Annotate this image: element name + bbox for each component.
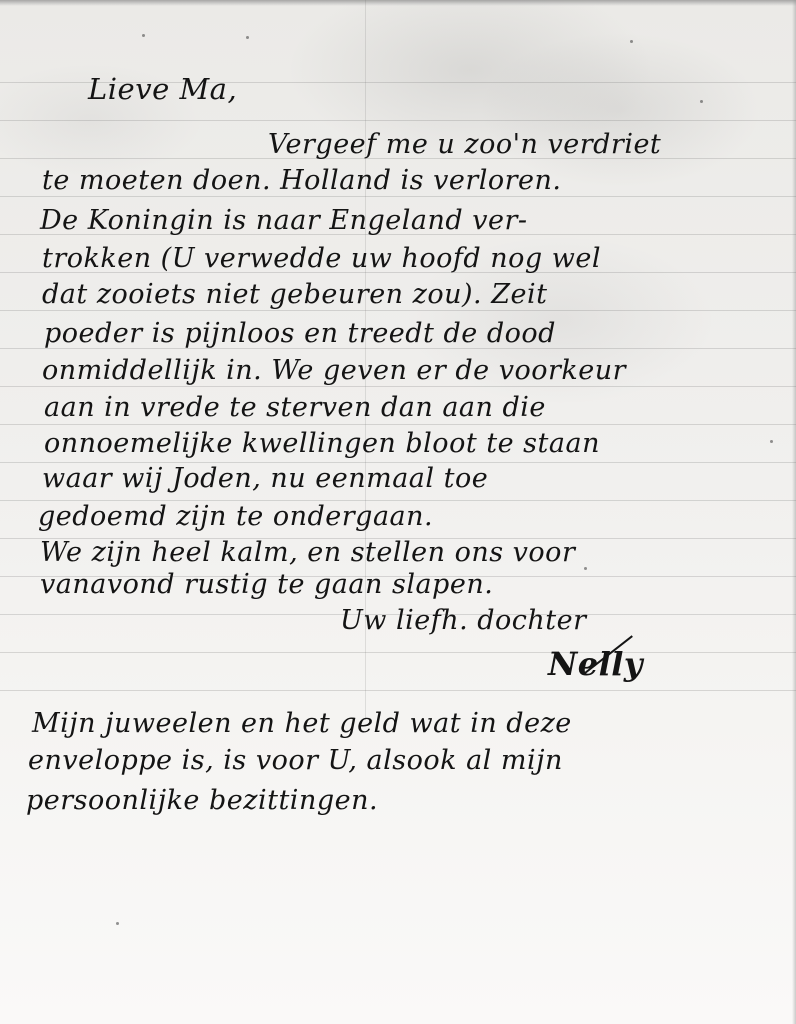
body-line: gedoemd zijn te ondergaan. xyxy=(38,501,433,532)
body-line: onnoemelijke kwellingen bloot te staan xyxy=(44,428,600,459)
body-line: trokken (U verwedde uw hoofd nog wel xyxy=(42,243,601,274)
letter-paper: Lieve Ma, Vergeef me u zoo'n verdriet te… xyxy=(0,0,796,1024)
closing: Uw liefh. dochter xyxy=(340,605,587,636)
letter-content: Lieve Ma, Vergeef me u zoo'n verdriet te… xyxy=(0,0,796,1024)
body-line: te moeten doen. Holland is verloren. xyxy=(42,165,562,196)
body-line: We zijn heel kalm, en stellen ons voor xyxy=(40,537,575,568)
body-line: waar wij Joden, nu eenmaal toe xyxy=(42,463,488,494)
body-line: dat zooiets niet gebeuren zou). Zeit xyxy=(42,279,547,310)
body-line: poeder is pijnloos en treedt de dood xyxy=(44,318,556,349)
postscript-line: persoonlijke bezittingen. xyxy=(26,785,378,816)
body-line: Vergeef me u zoo'n verdriet xyxy=(268,129,661,160)
body-line: onmiddellijk in. We geven er de voorkeur xyxy=(42,355,626,386)
salutation: Lieve Ma, xyxy=(88,72,237,106)
body-line: vanavond rustig te gaan slapen. xyxy=(40,569,493,600)
body-line: aan in vrede te sterven dan aan die xyxy=(44,392,546,423)
body-line: De Koningin is naar Engeland ver- xyxy=(40,205,527,236)
postscript-line: Mijn juweelen en het geld wat in deze xyxy=(32,708,572,739)
postscript-line: enveloppe is, is voor U, alsook al mijn xyxy=(28,745,563,776)
